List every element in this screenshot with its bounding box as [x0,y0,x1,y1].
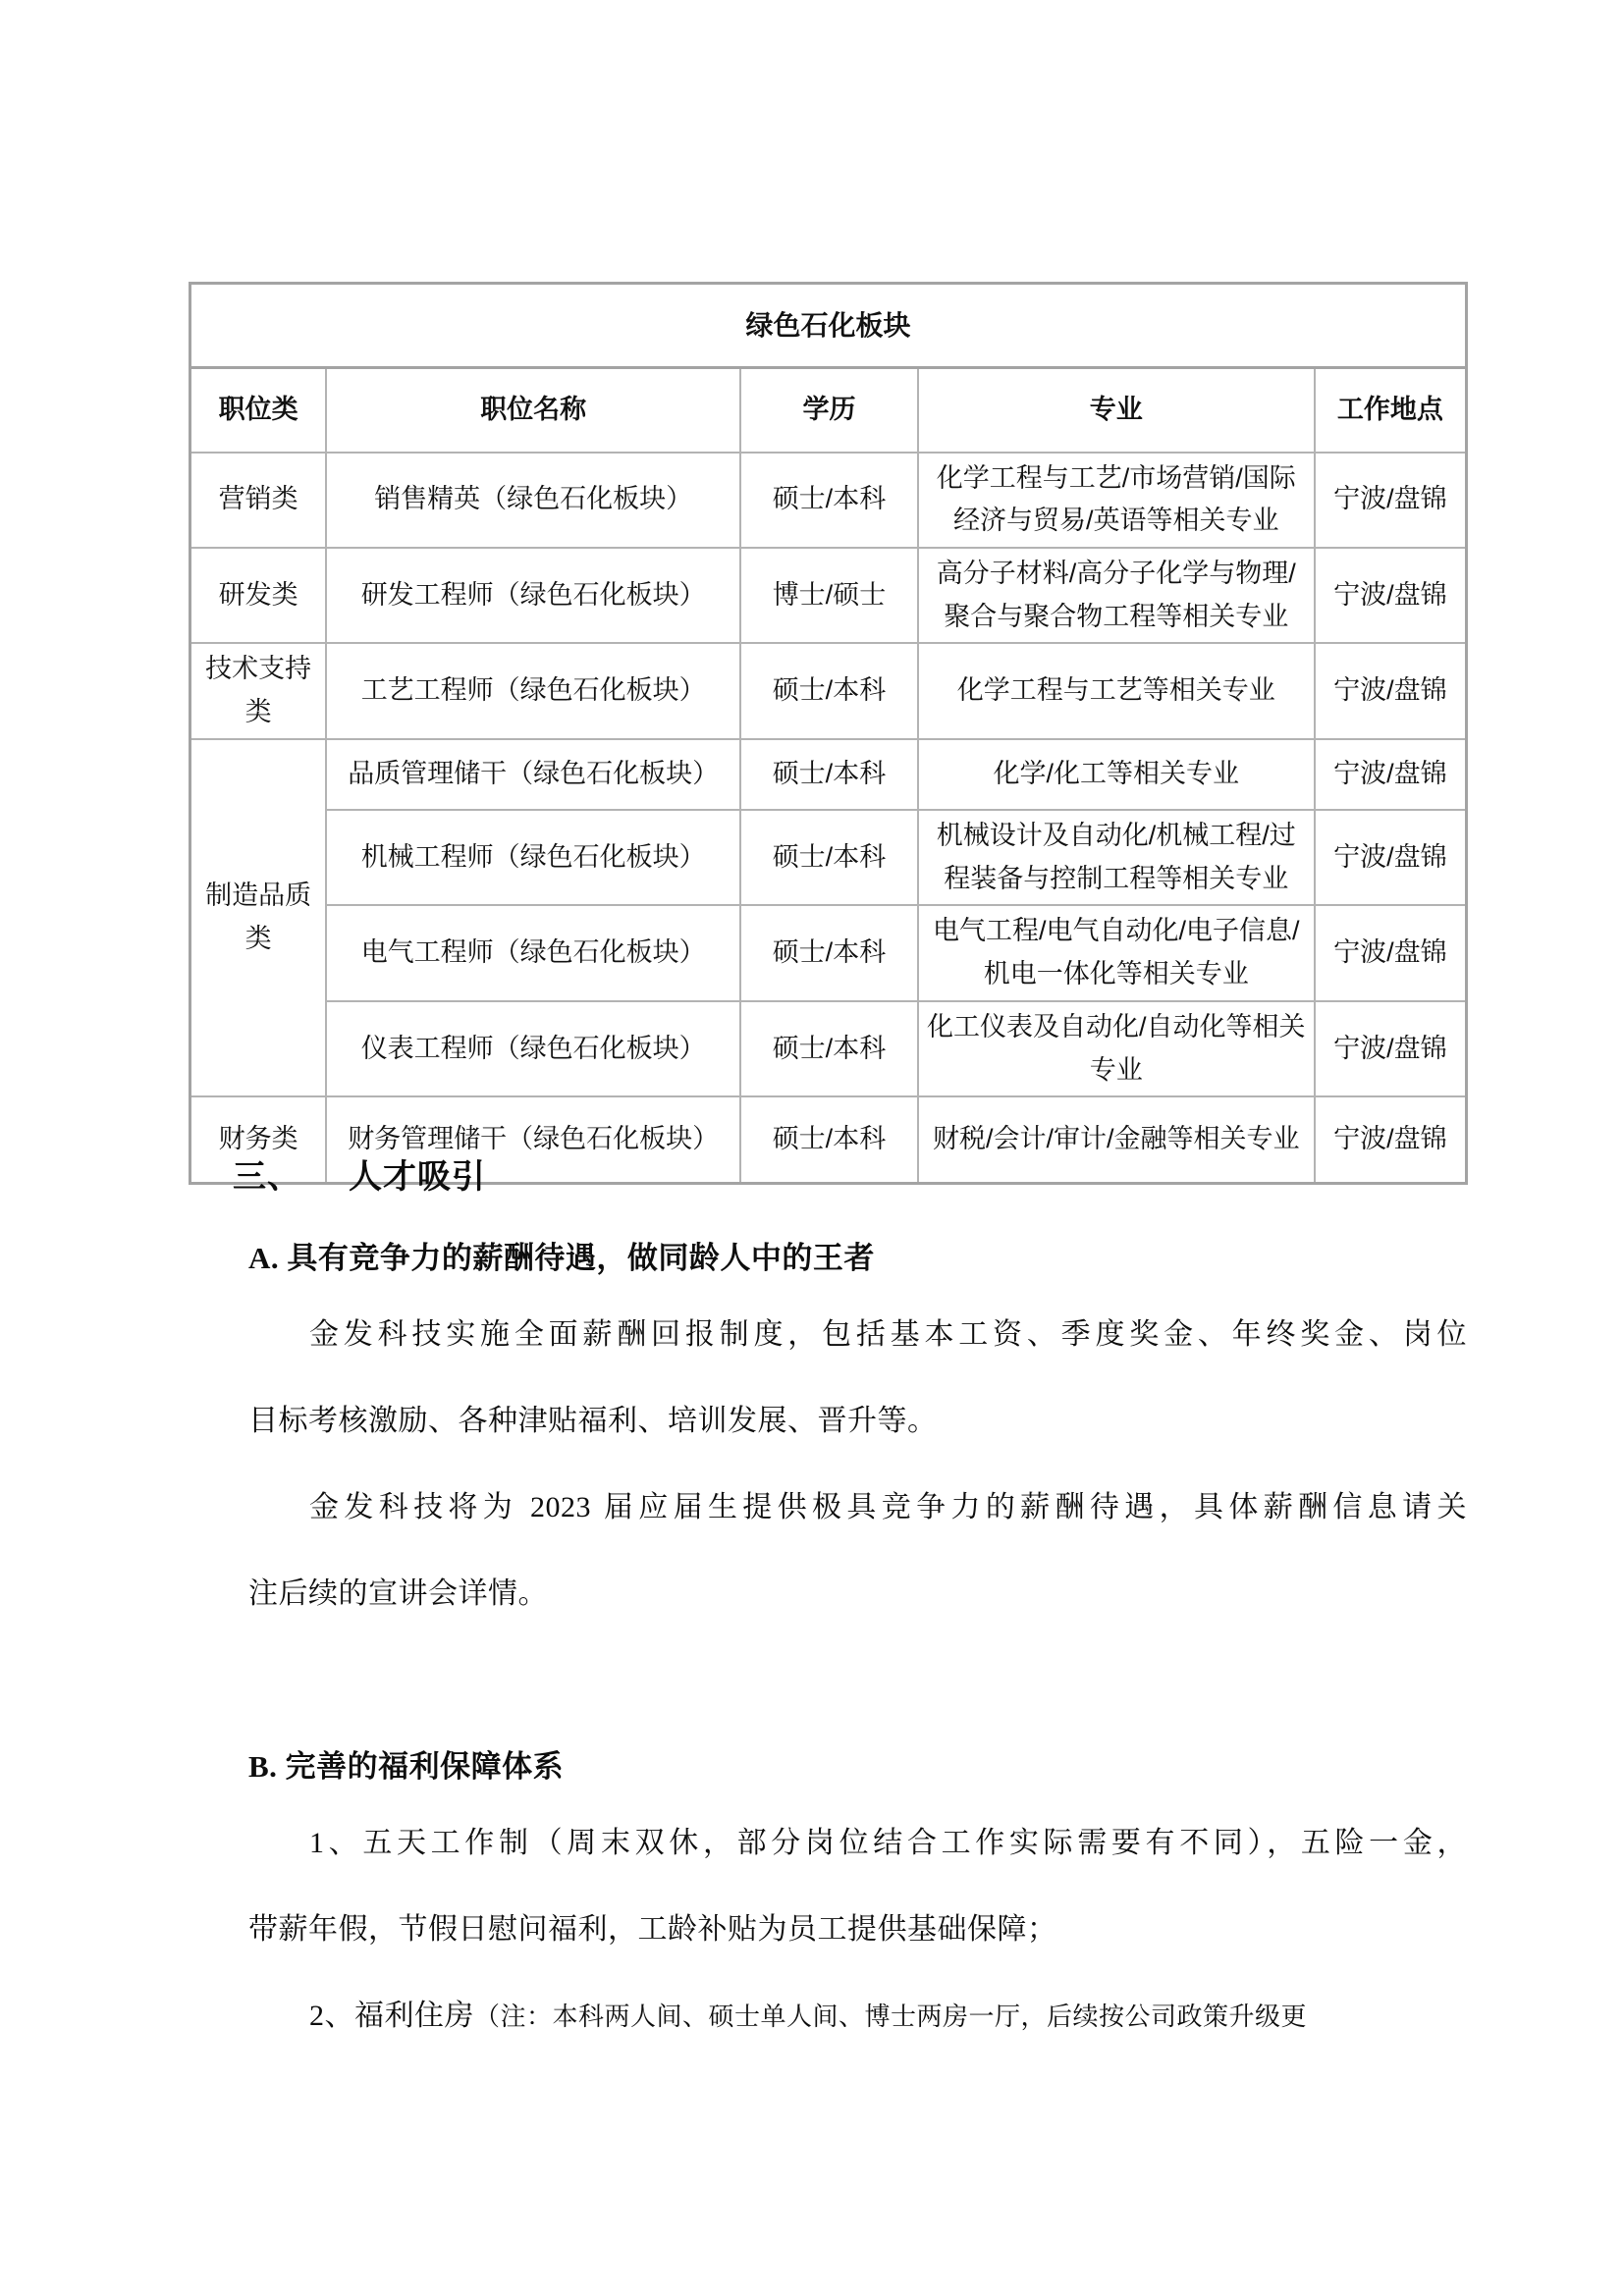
location-cell: 宁波/盘锦 [1315,453,1467,548]
location-cell: 宁波/盘锦 [1315,1001,1467,1096]
category-cell: 制造品质类 [190,739,327,1096]
document-page: 绿色石化板块职位类职位名称学历专业工作地点营销类销售精英（绿色石化板块）硕士/本… [0,0,1624,2296]
major-cell: 化学/化工等相关专业 [918,739,1315,810]
text-line: 带薪年假，节假日慰问福利，工龄补贴为员工提供基础保障； [248,1887,1467,1973]
paragraph-b2: 2、福利住房（注：本科两人间、硕士单人间、博士两房一厅，后续按公司政策升级更 [248,1973,1467,2059]
item2-note: （注：本科两人间、硕士单人间、博士两房一厅，后续按公司政策升级更 [474,2002,1307,2031]
major-cell: 高分子材料/高分子化学与物理/聚合与聚合物工程等相关专业 [918,548,1315,643]
position-name-cell: 仪表工程师（绿色石化板块） [326,1001,740,1096]
section-heading: 三、人才吸引 [233,1150,1467,1205]
jobs-table-body: 绿色石化板块职位类职位名称学历专业工作地点营销类销售精英（绿色石化板块）硕士/本… [190,284,1467,1184]
position-name-cell: 工艺工程师（绿色石化板块） [326,643,740,738]
col-header: 学历 [740,368,918,453]
section-title: 人才吸引 [349,1159,486,1196]
text-line: 金发科技实施全面薪酬回报制度，包括基本工资、季度奖金、年终奖金、岗位 [248,1292,1467,1378]
text-line: 注后续的宣讲会详情。 [248,1551,1467,1637]
location-cell: 宁波/盘锦 [1315,643,1467,738]
col-header: 工作地点 [1315,368,1467,453]
major-cell: 化学工程与工艺/市场营销/国际经济与贸易/英语等相关专业 [918,453,1315,548]
position-name-cell: 研发工程师（绿色石化板块） [326,548,740,643]
text-line: 1、五天工作制（周末双休，部分岗位结合工作实际需要有不同），五险一金， [248,1800,1467,1887]
block-b-heading: B. 完善的福利保障体系 [248,1743,1467,1790]
table-title: 绿色石化板块 [190,284,1467,368]
category-cell: 技术支持类 [190,643,327,738]
position-name-cell: 电气工程师（绿色石化板块） [326,905,740,1000]
jobs-table-wrapper: 绿色石化板块职位类职位名称学历专业工作地点营销类销售精英（绿色石化板块）硕士/本… [189,282,1468,1185]
degree-cell: 硕士/本科 [740,643,918,738]
category-cell: 研发类 [190,548,327,643]
table-title-row: 绿色石化板块 [190,284,1467,368]
jobs-table: 绿色石化板块职位类职位名称学历专业工作地点营销类销售精英（绿色石化板块）硕士/本… [189,282,1468,1185]
location-cell: 宁波/盘锦 [1315,739,1467,810]
degree-cell: 硕士/本科 [740,739,918,810]
text-line: 2、福利住房（注：本科两人间、硕士单人间、博士两房一厅，后续按公司政策升级更 [248,1973,1467,2059]
degree-cell: 博士/硕士 [740,548,918,643]
table-row: 营销类销售精英（绿色石化板块）硕士/本科化学工程与工艺/市场营销/国际经济与贸易… [190,453,1467,548]
position-name-cell: 销售精英（绿色石化板块） [326,453,740,548]
col-header: 专业 [918,368,1315,453]
location-cell: 宁波/盘锦 [1315,548,1467,643]
table-header-row: 职位类职位名称学历专业工作地点 [190,368,1467,453]
position-name-cell: 机械工程师（绿色石化板块） [326,810,740,905]
degree-cell: 硕士/本科 [740,1001,918,1096]
paragraph-b1: 1、五天工作制（周末双休，部分岗位结合工作实际需要有不同），五险一金，带薪年假，… [248,1800,1467,1973]
table-row: 技术支持类工艺工程师（绿色石化板块）硕士/本科化学工程与工艺等相关专业宁波/盘锦 [190,643,1467,738]
degree-cell: 硕士/本科 [740,453,918,548]
degree-cell: 硕士/本科 [740,810,918,905]
text-line: 目标考核激励、各种津贴福利、培训发展、晋升等。 [248,1378,1467,1465]
col-header: 职位名称 [326,368,740,453]
block-a-heading: A. 具有竞争力的薪酬待遇，做同龄人中的王者 [248,1235,1467,1282]
major-cell: 化学工程与工艺等相关专业 [918,643,1315,738]
item2-lead: 2、福利住房 [309,2000,474,2032]
table-row: 制造品质类品质管理储干（绿色石化板块）硕士/本科化学/化工等相关专业宁波/盘锦 [190,739,1467,810]
body-content: 三、人才吸引 A. 具有竞争力的薪酬待遇，做同龄人中的王者 金发科技实施全面薪酬… [248,1143,1467,2059]
table-row: 电气工程师（绿色石化板块）硕士/本科电气工程/电气自动化/电子信息/机电一体化等… [190,905,1467,1000]
major-cell: 电气工程/电气自动化/电子信息/机电一体化等相关专业 [918,905,1315,1000]
location-cell: 宁波/盘锦 [1315,810,1467,905]
text-line: 金发科技将为 2023 届应届生提供极具竞争力的薪酬待遇，具体薪酬信息请关 [248,1465,1467,1551]
paragraph-a1: 金发科技实施全面薪酬回报制度，包括基本工资、季度奖金、年终奖金、岗位目标考核激励… [248,1292,1467,1465]
table-row: 机械工程师（绿色石化板块）硕士/本科机械设计及自动化/机械工程/过程装备与控制工… [190,810,1467,905]
major-cell: 机械设计及自动化/机械工程/过程装备与控制工程等相关专业 [918,810,1315,905]
degree-cell: 硕士/本科 [740,905,918,1000]
section-number: 三、 [233,1150,349,1205]
table-row: 仪表工程师（绿色石化板块）硕士/本科化工仪表及自动化/自动化等相关专业宁波/盘锦 [190,1001,1467,1096]
table-row: 研发类研发工程师（绿色石化板块）博士/硕士高分子材料/高分子化学与物理/聚合与聚… [190,548,1467,643]
col-header: 职位类 [190,368,327,453]
category-cell: 营销类 [190,453,327,548]
location-cell: 宁波/盘锦 [1315,905,1467,1000]
position-name-cell: 品质管理储干（绿色石化板块） [326,739,740,810]
paragraph-a2: 金发科技将为 2023 届应届生提供极具竞争力的薪酬待遇，具体薪酬信息请关注后续… [248,1465,1467,1637]
major-cell: 化工仪表及自动化/自动化等相关专业 [918,1001,1315,1096]
